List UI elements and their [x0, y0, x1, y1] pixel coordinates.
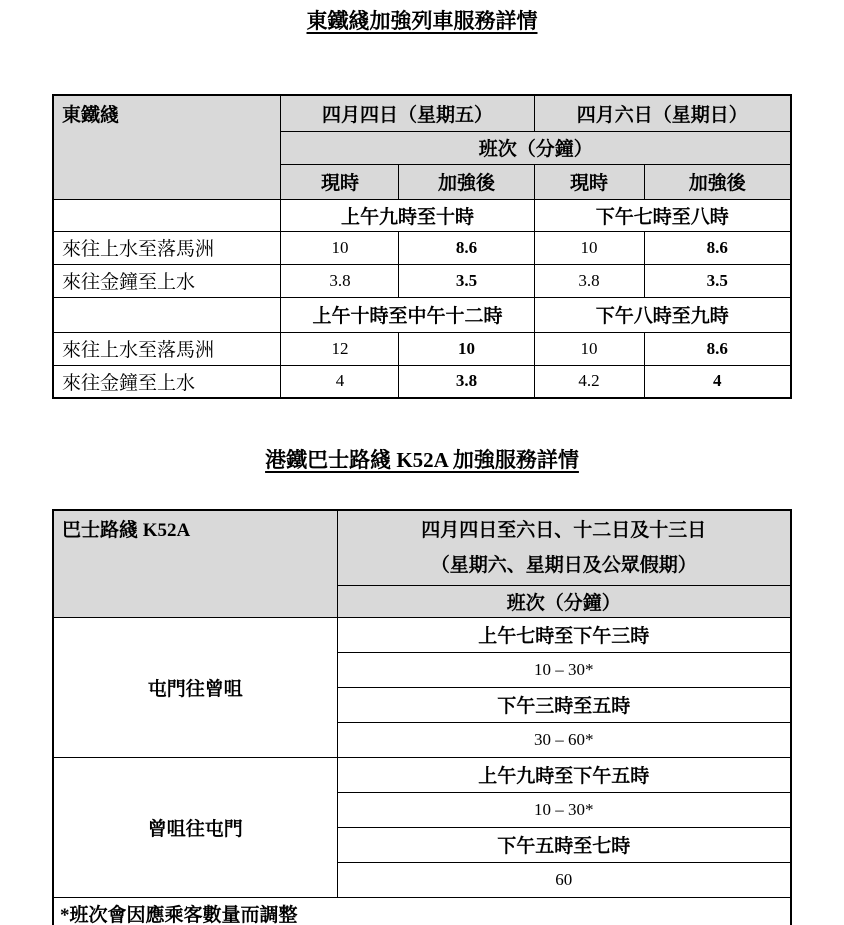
cell-b2r1-current-fri: 12 [281, 332, 399, 365]
cell-bus-dates-line2: （星期六、星期日及公眾假期） [344, 548, 785, 583]
cell-date-friday: 四月四日（星期五） [281, 95, 534, 131]
cell-d2-freq1: 10 – 30* [337, 792, 791, 827]
cell-b2r2-enhanced-sun: 4 [644, 365, 791, 398]
cell-route2: 來往金鐘至上水 [53, 365, 281, 398]
cell-d1-period1: 上午七時至下午三時 [337, 617, 791, 652]
empty-cell [53, 297, 281, 332]
cell-b2r1-enhanced-sun: 8.6 [644, 332, 791, 365]
cell-d2-period2: 下午五時至七時 [337, 827, 791, 862]
title-east-rail: 東鐵綫加強列車服務詳情 [0, 0, 844, 34]
cell-b2r2-enhanced-fri: 3.8 [399, 365, 534, 398]
cell-b2r1-enhanced-fri: 10 [399, 332, 534, 365]
cell-b1r1-current-fri: 10 [281, 231, 399, 264]
cell-b2r2-current-sun: 4.2 [534, 365, 644, 398]
title-bus-route-text: 港鐵巴士路綫 K52A 加強服務詳情 [265, 448, 579, 472]
cell-route1: 來往上水至落馬洲 [53, 332, 281, 365]
cell-date-sunday: 四月六日（星期日） [534, 95, 791, 131]
cell-d2-freq2: 60 [337, 862, 791, 897]
cell-period2-sunday: 下午八時至九時 [534, 297, 791, 332]
cell-b1r2-enhanced-sun: 3.5 [644, 264, 791, 297]
cell-b2r1-current-sun: 10 [534, 332, 644, 365]
title-bus-route: 港鐵巴士路綫 K52A 加強服務詳情 [0, 447, 844, 473]
cell-direction2: 曾咀往屯門 [53, 757, 337, 897]
cell-bus-dates: 四月四日至六日、十二日及十三日 （星期六、星期日及公眾假期） [337, 510, 791, 585]
cell-period1-sunday: 下午七時至八時 [534, 199, 791, 231]
cell-current-sun: 現時 [534, 164, 644, 199]
cell-bus-dates-line1: 四月四日至六日、十二日及十三日 [344, 513, 785, 548]
cell-bus-frequency-header: 班次（分鐘） [337, 585, 791, 617]
cell-bus-route-name: 巴士路綫 K52A [53, 510, 337, 617]
cell-b2r2-current-fri: 4 [281, 365, 399, 398]
cell-enhanced-fri: 加強後 [399, 164, 534, 199]
cell-b1r1-enhanced-fri: 8.6 [399, 231, 534, 264]
east-rail-table: 東鐵綫 四月四日（星期五） 四月六日（星期日） 班次（分鐘） 現時 加強後 現時… [52, 94, 792, 399]
bus-route-table: 巴士路綫 K52A 四月四日至六日、十二日及十三日 （星期六、星期日及公眾假期）… [52, 509, 792, 925]
cell-period2-friday: 上午十時至中午十二時 [281, 297, 534, 332]
empty-cell [53, 199, 281, 231]
cell-d1-period2: 下午三時至五時 [337, 687, 791, 722]
cell-period1-friday: 上午九時至十時 [281, 199, 534, 231]
cell-b1r2-current-sun: 3.8 [534, 264, 644, 297]
document-page: { "colors": { "header_bg": "#d9d9d9", "b… [0, 0, 844, 925]
cell-route2: 來往金鐘至上水 [53, 264, 281, 297]
cell-enhanced-sun: 加強後 [644, 164, 791, 199]
cell-b1r2-enhanced-fri: 3.5 [399, 264, 534, 297]
cell-footnote: *班次會因應乘客數量而調整 [53, 897, 791, 925]
cell-d1-freq2: 30 – 60* [337, 722, 791, 757]
cell-line-name: 東鐵綫 [53, 95, 281, 199]
cell-direction1: 屯門往曾咀 [53, 617, 337, 757]
cell-d2-period1: 上午九時至下午五時 [337, 757, 791, 792]
cell-b1r2-current-fri: 3.8 [281, 264, 399, 297]
cell-d1-freq1: 10 – 30* [337, 652, 791, 687]
cell-current-fri: 現時 [281, 164, 399, 199]
cell-b1r1-current-sun: 10 [534, 231, 644, 264]
cell-route1: 來往上水至落馬洲 [53, 231, 281, 264]
title-east-rail-text: 東鐵綫加強列車服務詳情 [307, 9, 538, 33]
cell-frequency-header: 班次（分鐘） [281, 131, 791, 164]
cell-b1r1-enhanced-sun: 8.6 [644, 231, 791, 264]
